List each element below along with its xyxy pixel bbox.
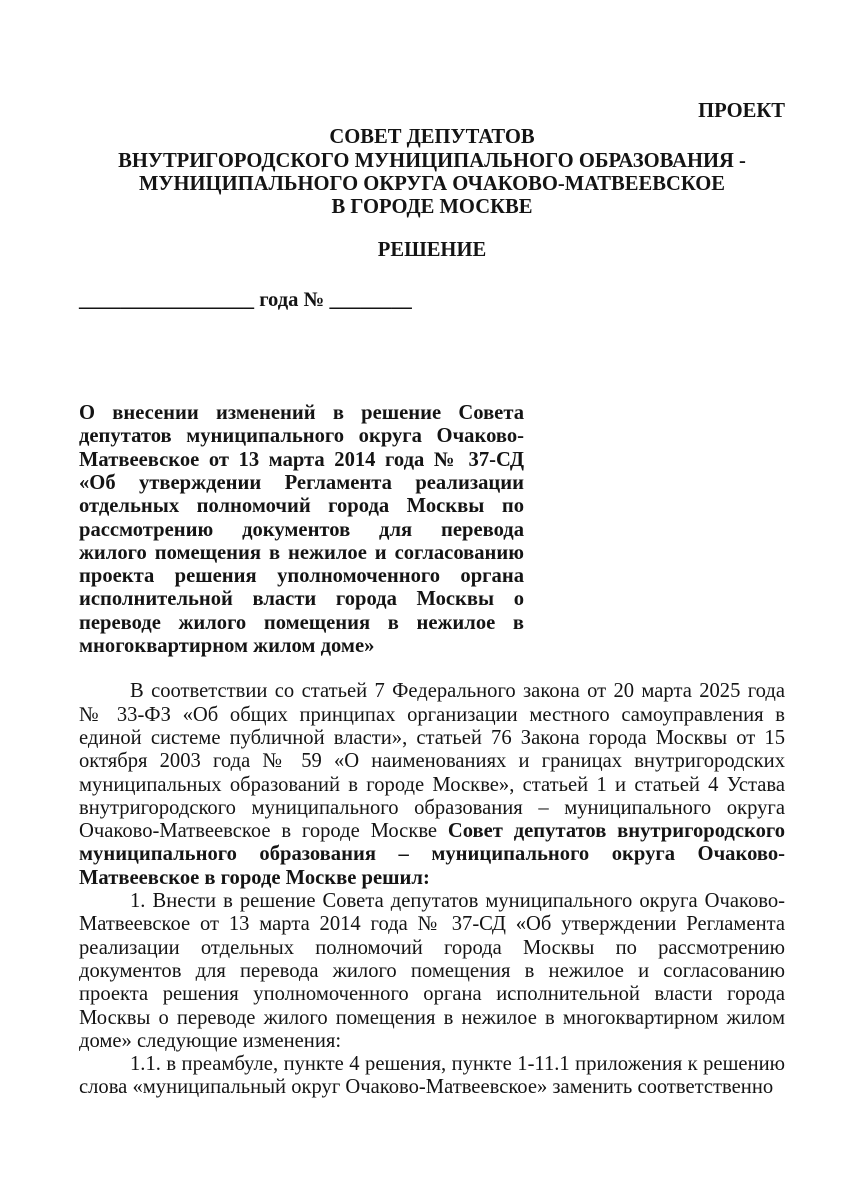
org-name-block: СОВЕТ ДЕПУТАТОВ ВНУТРИГОРОДСКОГО МУНИЦИП… xyxy=(79,126,785,219)
org-line-4: В ГОРОДЕ МОСКВЕ xyxy=(79,196,785,219)
org-line-1: СОВЕТ ДЕПУТАТОВ xyxy=(79,126,785,149)
date-number-blank-line: _________________ года № ________ xyxy=(79,289,785,312)
document-page: ПРОЕКТ СОВЕТ ДЕПУТАТОВ ВНУТРИГОРОДСКОГО … xyxy=(0,0,848,1200)
org-line-3: МУНИЦИПАЛЬНОГО ОКРУГА ОЧАКОВО-МАТВЕЕВСКО… xyxy=(79,173,785,196)
item-1-paragraph: 1. Внести в решение Совета депутатов мун… xyxy=(79,890,785,1053)
preamble-paragraph: В соответствии со статьей 7 Федерального… xyxy=(79,680,785,890)
org-line-2: ВНУТРИГОРОДСКОГО МУНИЦИПАЛЬНОГО ОБРАЗОВА… xyxy=(79,150,785,173)
item-1-1-paragraph: 1.1. в преамбуле, пункте 4 решения, пунк… xyxy=(79,1053,785,1100)
document-body: В соответствии со статьей 7 Федерального… xyxy=(79,680,785,1099)
preamble-text: В соответствии со статьей 7 Федерального… xyxy=(79,680,785,842)
doc-type-title: РЕШЕНИЕ xyxy=(79,239,785,262)
subject-paragraph: О внесении изменений в решение Совета де… xyxy=(79,402,524,658)
project-label: ПРОЕКТ xyxy=(79,100,785,123)
